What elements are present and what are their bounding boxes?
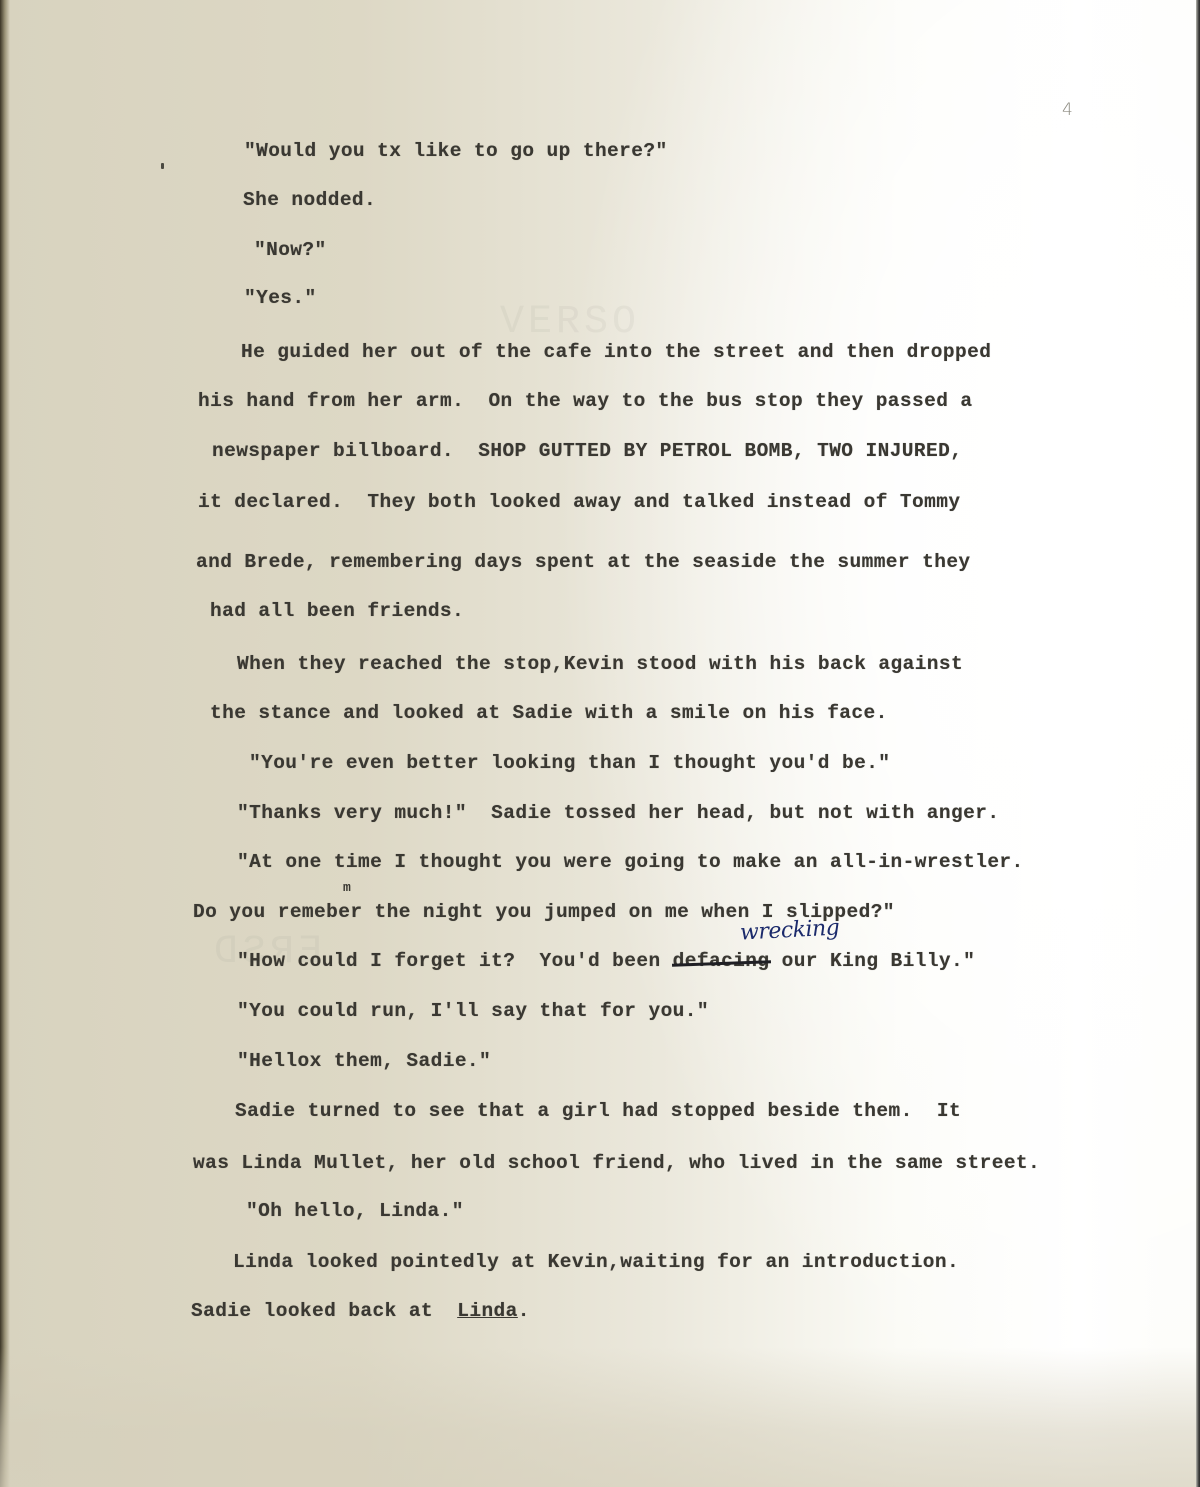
struck-word: defacing: [673, 950, 770, 972]
handwritten-correction: wrecking: [739, 915, 839, 945]
insertion-caret: m: [343, 880, 351, 895]
text-line: it declared. They both looked away and t…: [198, 491, 960, 513]
paper-shading: [0, 1347, 1196, 1487]
text-line: "At one time I thought you were going to…: [237, 851, 1024, 873]
page-number: 4: [1062, 100, 1073, 120]
bleed-through-text: VERSO: [500, 300, 640, 345]
text-line: and Brede, remembering days spent at the…: [196, 551, 971, 573]
text-segment: Sadie looked back at: [191, 1300, 457, 1322]
text-line: "Oh hello, Linda.": [246, 1200, 464, 1222]
text-segment: our King Billy.": [770, 950, 976, 972]
text-line: "Now?": [254, 239, 327, 261]
text-line: Sadie looked back at Linda.: [191, 1300, 530, 1322]
text-segment: "How could I forget it? You'd been: [237, 950, 673, 972]
text-line: Sadie turned to see that a girl had stop…: [235, 1100, 961, 1122]
text-line: "Yes.": [244, 287, 317, 309]
text-line: "You could run, I'll say that for you.": [237, 1000, 709, 1022]
text-line: "You're even better looking than I thoug…: [249, 752, 890, 774]
text-line: the stance and looked at Sadie with a sm…: [210, 702, 888, 724]
text-line: was Linda Mullet, her old school friend,…: [193, 1152, 1040, 1174]
underlined-word: Linda: [457, 1300, 518, 1322]
text-line: "How could I forget it? You'd been defac…: [237, 950, 975, 972]
text-line: She nodded.: [243, 189, 376, 211]
text-line: He guided her out of the cafe into the s…: [241, 341, 991, 363]
text-segment: .: [518, 1300, 530, 1322]
text-line: had all been friends.: [210, 600, 464, 622]
manuscript-page: VERSO ERSD 4 "Would you tx like to go up…: [0, 0, 1200, 1487]
text-line: "Thanks very much!" Sadie tossed her hea…: [237, 802, 999, 824]
text-line: his hand from her arm. On the way to the…: [198, 390, 973, 412]
text-line: newspaper billboard. SHOP GUTTED BY PETR…: [212, 440, 962, 462]
paper-speck: [161, 163, 164, 169]
text-line: Linda looked pointedly at Kevin,waiting …: [233, 1251, 959, 1273]
text-line: "Hellox them, Sadie.": [237, 1050, 491, 1072]
text-line: "Would you tx like to go up there?": [244, 140, 668, 162]
text-line: When they reached the stop,Kevin stood w…: [237, 653, 963, 675]
